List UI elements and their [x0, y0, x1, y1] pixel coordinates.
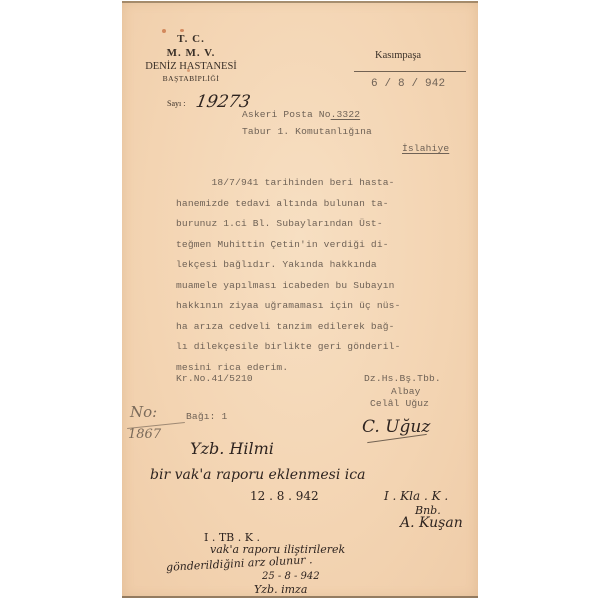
registry-label: No:: [130, 403, 157, 421]
recipient-line-1: Askeri Posta No.3322: [242, 109, 360, 120]
body-line: lı dilekçesile birlikte geri gönderil-: [176, 337, 400, 358]
recipient-post-number: .3322: [331, 109, 361, 120]
body-line: ha arıza cedveli tanzim edilerek bağ-: [176, 317, 400, 338]
handnote1-unit: I . Kla . K .: [384, 489, 448, 503]
letterhead-hospital: DENİZ HASTANESİ: [122, 60, 260, 73]
recipient-line-2: Tabur 1. Komutanlığına: [242, 126, 372, 137]
handnote1-text: bir vak'a raporu eklenmesi ica: [150, 467, 365, 483]
handnote1-addressee: Yzb. Hilmi: [190, 439, 274, 458]
recipient-post-label: Askeri Posta No: [242, 109, 331, 120]
letterhead-tc: T. C.: [122, 33, 260, 46]
handnote1-date: 12 . 8 . 942: [250, 489, 319, 503]
document-page: T. C. M. M. V. DENİZ HASTANESİ BAŞTABİPL…: [122, 1, 478, 598]
rust-spot: [180, 29, 184, 32]
body-line: lekçesi bağlıdır. Yakında hakkında: [176, 255, 400, 276]
handnote1-signature: A. Kuşan: [400, 515, 463, 531]
reference-number: Kr.No.41/5210: [176, 373, 253, 384]
sayi-label: Sayı :: [167, 99, 185, 108]
document-date: 6 / 8 / 942: [371, 78, 445, 90]
handnote2-signature: Yzb. imza: [254, 583, 307, 596]
letter-body: 18/7/941 tarihinden beri hasta- hanemizd…: [176, 173, 400, 378]
body-line: hanemizde tedavi altında bulunan ta-: [176, 194, 400, 215]
signatory-name: Celâl Uğuz: [370, 398, 429, 409]
signatory-title: Dz.Hs.Bş.Tbb.: [364, 373, 441, 384]
letterhead-department: BAŞTABİPLİĞİ: [122, 73, 260, 85]
attachment-count: Bağı: 1: [186, 411, 227, 422]
date-rule: [354, 71, 466, 72]
registry-number: 1867: [128, 427, 161, 442]
place-name: Kasımpaşa: [375, 50, 421, 61]
body-line: burunuz 1.ci Bl. Subaylarından Üst-: [176, 214, 400, 235]
page-top-edge: [122, 1, 478, 3]
page-bottom-edge: [122, 596, 478, 598]
signatory-rank: Albay: [391, 386, 421, 397]
recipient-line-3: İslahiye: [402, 143, 449, 154]
handnote2-date: 25 - 8 - 942: [262, 571, 320, 582]
body-line: muamele yapılması icabeden bu Subayın: [176, 276, 400, 297]
letterhead: T. C. M. M. V. DENİZ HASTANESİ BAŞTABİPL…: [122, 33, 260, 85]
body-line: 18/7/941 tarihinden beri hasta-: [176, 173, 400, 194]
body-line: hakkının ziyaa uğramaması için üç nüs-: [176, 296, 400, 317]
letterhead-mmv: M. M. V.: [122, 46, 260, 60]
body-line: teğmen Muhittin Çetin'in verdiği di-: [176, 235, 400, 256]
